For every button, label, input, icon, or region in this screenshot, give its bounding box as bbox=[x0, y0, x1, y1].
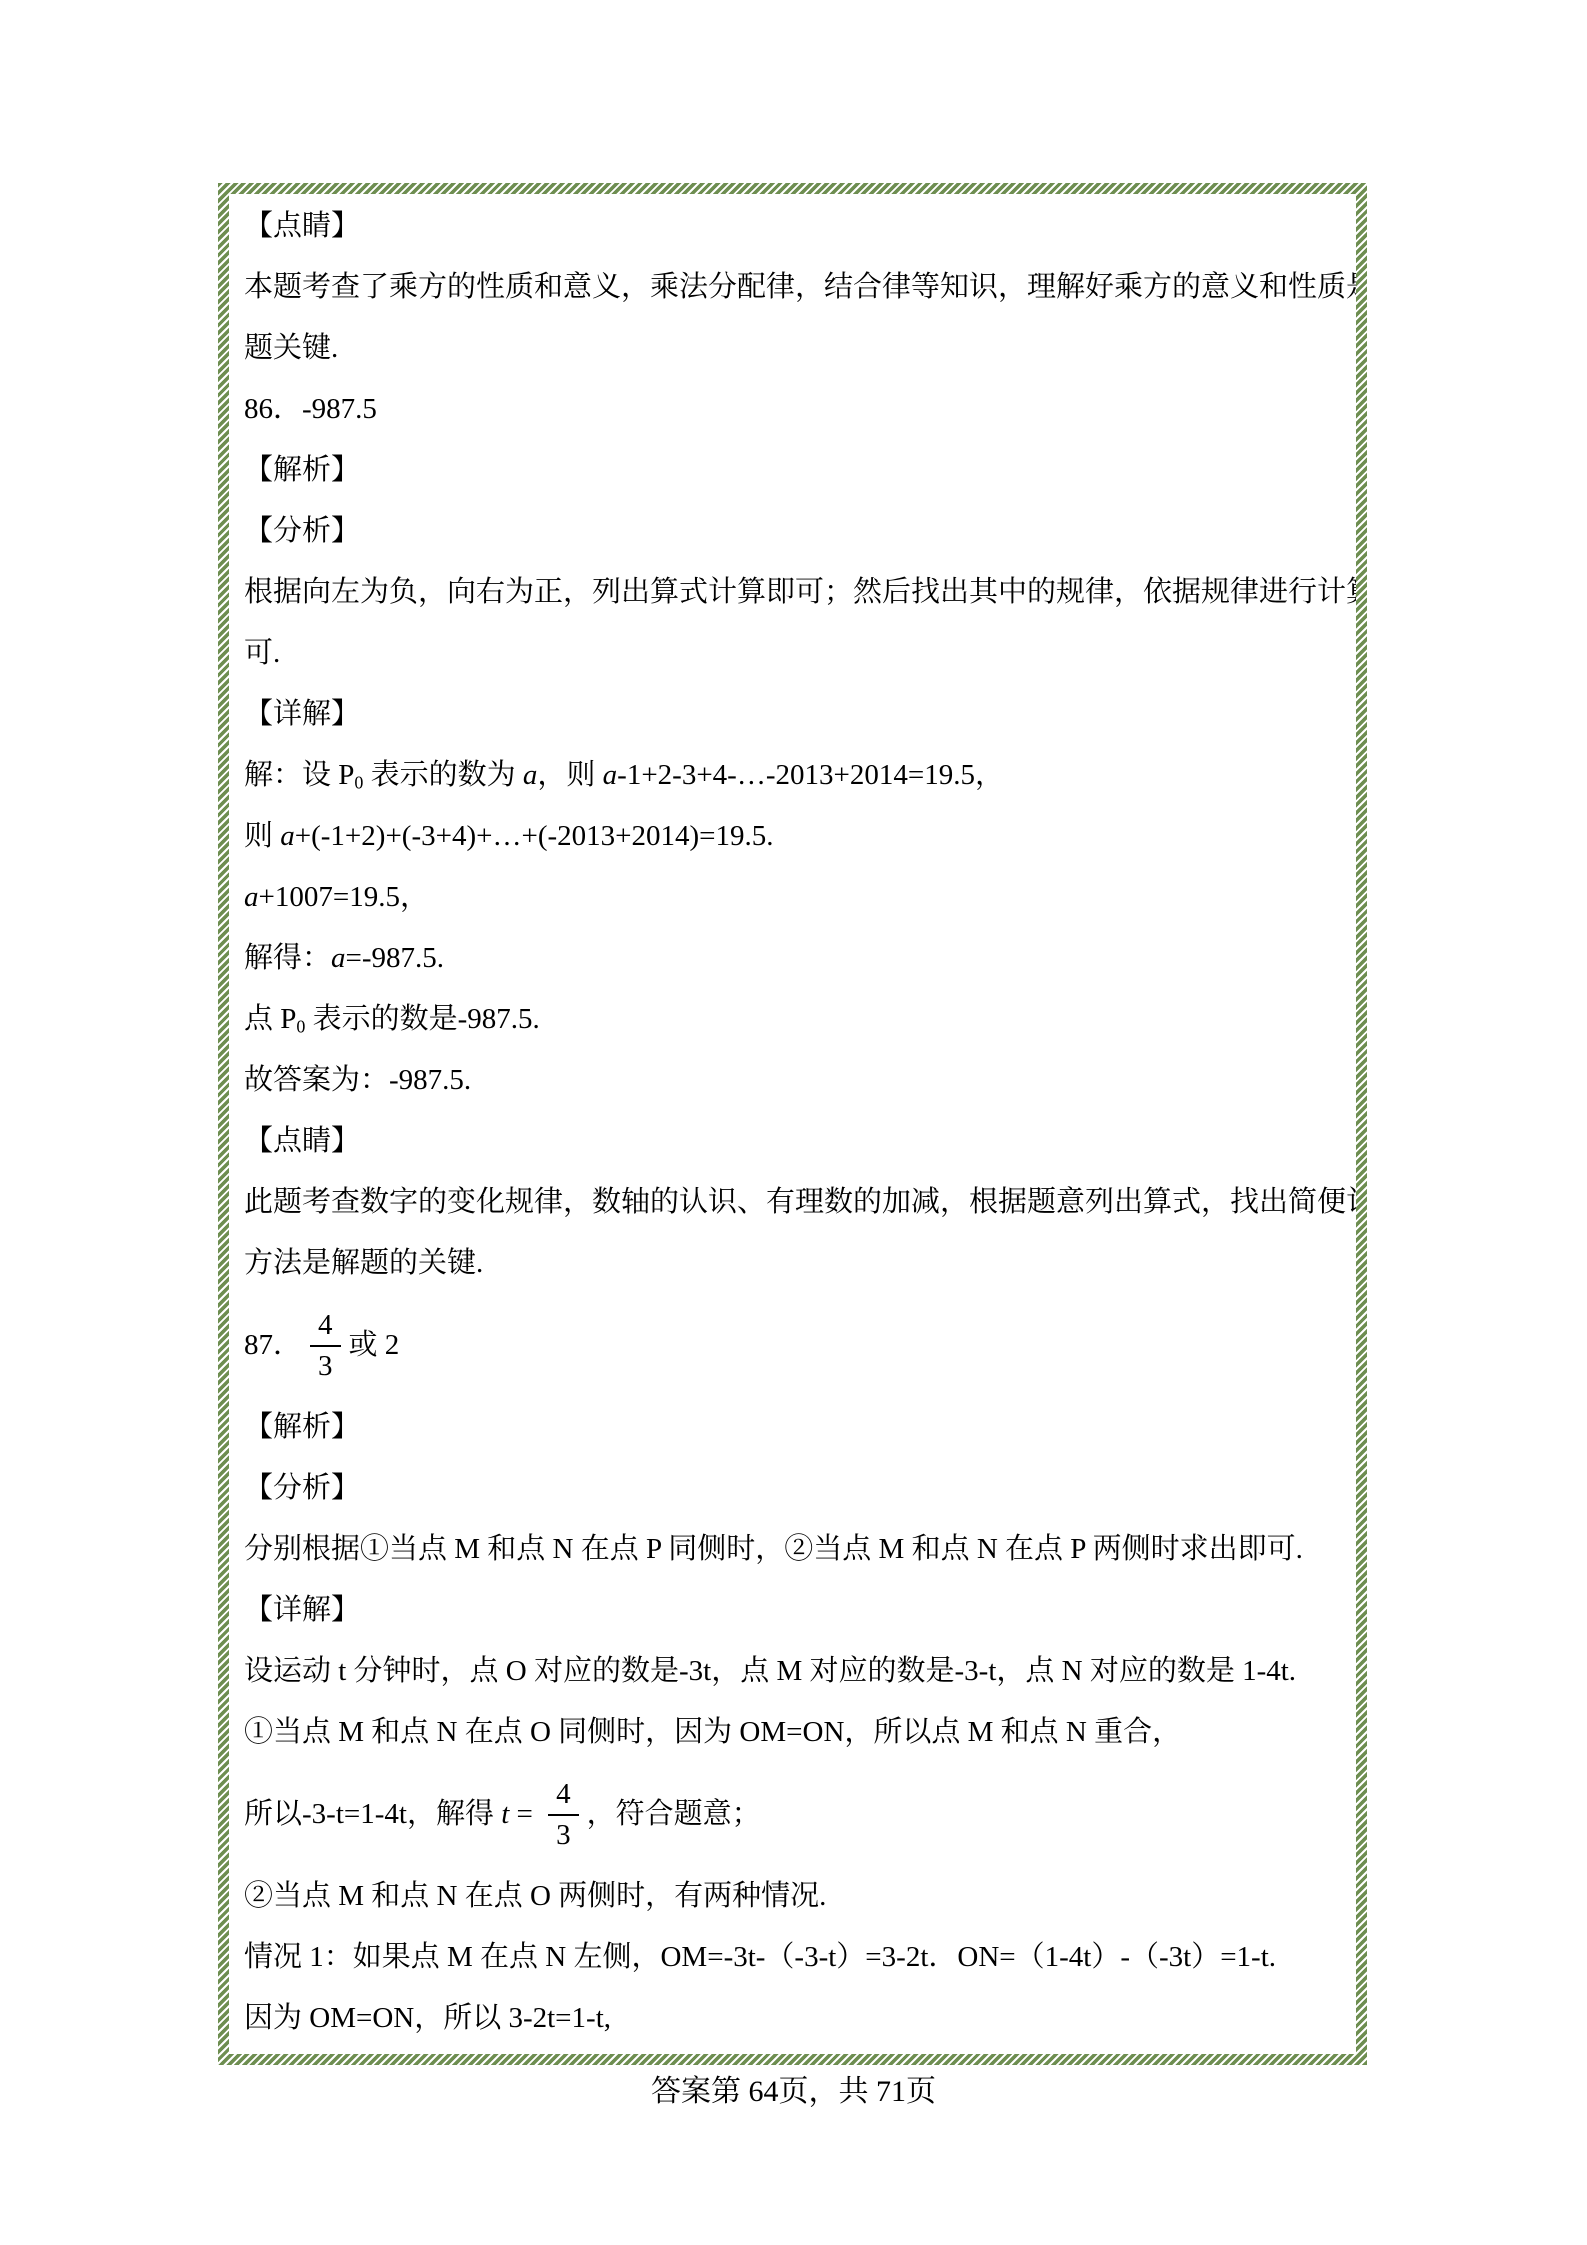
text-run: 分别根据①当点 M 和点 N 在点 P 同侧时，②当点 M 和点 N 在点 P … bbox=[244, 1533, 1303, 1565]
text-run: 则 bbox=[244, 820, 280, 852]
math-fraction: 43 bbox=[548, 1778, 579, 1852]
answer-sheet-border: 【点睛】本题考查了乘方的性质和意义，乘法分配律，结合律等知识，理解好乘方的意义和… bbox=[218, 183, 1367, 2065]
text-run: ②当点 M 和点 N 在点 O 两侧时，有两种情况. bbox=[244, 1880, 826, 1912]
text-run: 87． bbox=[244, 1315, 302, 1376]
text-run: 【分析】 bbox=[244, 1472, 360, 1504]
text-run: -1+2-3+4-…-2013+2014=19.5， bbox=[617, 759, 1004, 791]
text-line: 点 P0 表示的数是-987.5. bbox=[244, 989, 1345, 1050]
fraction-denominator: 3 bbox=[548, 1816, 579, 1852]
text-line: 则 a+(-1+2)+(-3+4)+…+(-2013+2014)=19.5. bbox=[244, 806, 1345, 867]
text-line: 解得：a=-987.5. bbox=[244, 928, 1345, 989]
text-run: 表示的数是-987.5. bbox=[305, 1003, 539, 1035]
answer-line: 87．43或 2 bbox=[244, 1294, 1345, 1397]
text-run: +(-1+2)+(-3+4)+…+(-2013+2014)=19.5. bbox=[295, 820, 774, 852]
text-run: 情况 1：如果点 M 在点 N 左侧，OM=-3t-（-3-t）=3-2t．ON… bbox=[244, 1941, 1276, 1973]
text-line: 方法是解题的关键. bbox=[244, 1233, 1345, 1294]
text-run: 【解析】 bbox=[244, 454, 360, 486]
text-run: ，符合题意； bbox=[587, 1784, 761, 1845]
section-label: 【解析】 bbox=[244, 1397, 1345, 1458]
section-label: 【分析】 bbox=[244, 1458, 1345, 1519]
text-run: +1007=19.5， bbox=[259, 881, 429, 913]
math-variable: a bbox=[523, 759, 538, 791]
text-line: 本题考查了乘方的性质和意义，乘法分配律，结合律等知识，理解好乘方的意义和性质是解 bbox=[244, 257, 1345, 318]
answer-line: 86．-987.5 bbox=[244, 379, 1345, 440]
text-line: 分别根据①当点 M 和点 N 在点 P 同侧时，②当点 M 和点 N 在点 P … bbox=[244, 1519, 1345, 1580]
text-run: =-987.5. bbox=[346, 942, 445, 974]
text-run: ，则 bbox=[537, 759, 602, 791]
text-run: 【详解】 bbox=[244, 698, 360, 730]
text-run: 因为 OM=ON，所以 3-2t=1-t, bbox=[244, 2002, 611, 2034]
section-label: 【详解】 bbox=[244, 1580, 1345, 1641]
text-run: = bbox=[509, 1784, 540, 1845]
text-line: 故答案为：-987.5. bbox=[244, 1050, 1345, 1111]
answer-sheet-content: 【点睛】本题考查了乘方的性质和意义，乘法分配律，结合律等知识，理解好乘方的意义和… bbox=[229, 194, 1356, 2054]
text-run: 根据向左为负，向右为正，列出算式计算即可；然后找出其中的规律，依据规律进行计算即 bbox=[244, 576, 1356, 608]
text-line: ①当点 M 和点 N 在点 O 同侧时，因为 OM=ON，所以点 M 和点 N … bbox=[244, 1702, 1345, 1763]
text-line: a+1007=19.5， bbox=[244, 867, 1345, 928]
text-run: 【详解】 bbox=[244, 1594, 360, 1626]
text-line: 情况 1：如果点 M 在点 N 左侧，OM=-3t-（-3-t）=3-2t．ON… bbox=[244, 1927, 1345, 1988]
text-line: 因为 OM=ON，所以 3-2t=1-t, bbox=[244, 1988, 1345, 2049]
text-line: 可. bbox=[244, 623, 1345, 684]
text-run: 【点睛】 bbox=[244, 1125, 360, 1157]
fraction-numerator: 4 bbox=[310, 1309, 341, 1347]
text-run: ①当点 M 和点 N 在点 O 同侧时，因为 OM=ON，所以点 M 和点 N … bbox=[244, 1716, 1181, 1748]
text-run: 或 2 bbox=[349, 1315, 400, 1376]
text-run: 本题考查了乘方的性质和意义，乘法分配律，结合律等知识，理解好乘方的意义和性质是解 bbox=[244, 271, 1356, 303]
section-label: 【分析】 bbox=[244, 501, 1345, 562]
text-run: 设运动 t 分钟时，点 O 对应的数是-3t，点 M 对应的数是-3-t，点 N… bbox=[244, 1655, 1296, 1687]
math-variable: a bbox=[280, 820, 295, 852]
text-run: 表示的数为 bbox=[363, 759, 523, 791]
fraction-denominator: 3 bbox=[310, 1347, 341, 1383]
text-run: 解得： bbox=[244, 942, 331, 974]
text-run: 可. bbox=[244, 637, 280, 669]
text-run: 题关键. bbox=[244, 332, 338, 364]
text-run: 方法是解题的关键. bbox=[244, 1247, 483, 1279]
text-run: 所以-3-t=1-4t，解得 bbox=[244, 1784, 501, 1845]
section-label: 【详解】 bbox=[244, 684, 1345, 745]
footer-page-number: 答案第 64页，共 71页 bbox=[0, 2072, 1587, 2112]
section-label: 【解析】 bbox=[244, 440, 1345, 501]
text-line: ②当点 M 和点 N 在点 O 两侧时，有两种情况. bbox=[244, 1866, 1345, 1927]
text-run: 【分析】 bbox=[244, 515, 360, 547]
math-fraction: 43 bbox=[310, 1309, 341, 1383]
page: 【点睛】本题考查了乘方的性质和意义，乘法分配律，结合律等知识，理解好乘方的意义和… bbox=[0, 0, 1587, 2245]
text-line: 所以-3-t=1-4t，解得 t = 43，符合题意； bbox=[244, 1763, 1345, 1866]
text-run: 86．-987.5 bbox=[244, 393, 377, 425]
section-label: 【点睛】 bbox=[244, 196, 1345, 257]
text-line: 解：设 P0 表示的数为 a，则 a-1+2-3+4-…-2013+2014=1… bbox=[244, 745, 1345, 806]
text-run: 解：设 P bbox=[244, 759, 354, 791]
text-line: 此题考查数字的变化规律，数轴的认识、有理数的加减，根据题意列出算式，找出简便计算 bbox=[244, 1172, 1345, 1233]
math-variable: a bbox=[244, 881, 259, 913]
math-variable: a bbox=[331, 942, 346, 974]
text-line: 题关键. bbox=[244, 318, 1345, 379]
text-line: 设运动 t 分钟时，点 O 对应的数是-3t，点 M 对应的数是-3-t，点 N… bbox=[244, 1641, 1345, 1702]
text-run: 【点睛】 bbox=[244, 210, 360, 242]
math-variable: a bbox=[603, 759, 618, 791]
math-variable: t bbox=[501, 1784, 509, 1845]
text-run: 此题考查数字的变化规律，数轴的认识、有理数的加减，根据题意列出算式，找出简便计算 bbox=[244, 1186, 1356, 1218]
section-label: 【点睛】 bbox=[244, 1111, 1345, 1172]
text-run: 点 P bbox=[244, 1003, 296, 1035]
text-line: 根据向左为负，向右为正，列出算式计算即可；然后找出其中的规律，依据规律进行计算即 bbox=[244, 562, 1345, 623]
text-run: 故答案为：-987.5. bbox=[244, 1064, 471, 1096]
fraction-numerator: 4 bbox=[548, 1778, 579, 1816]
text-run: 【解析】 bbox=[244, 1411, 360, 1443]
